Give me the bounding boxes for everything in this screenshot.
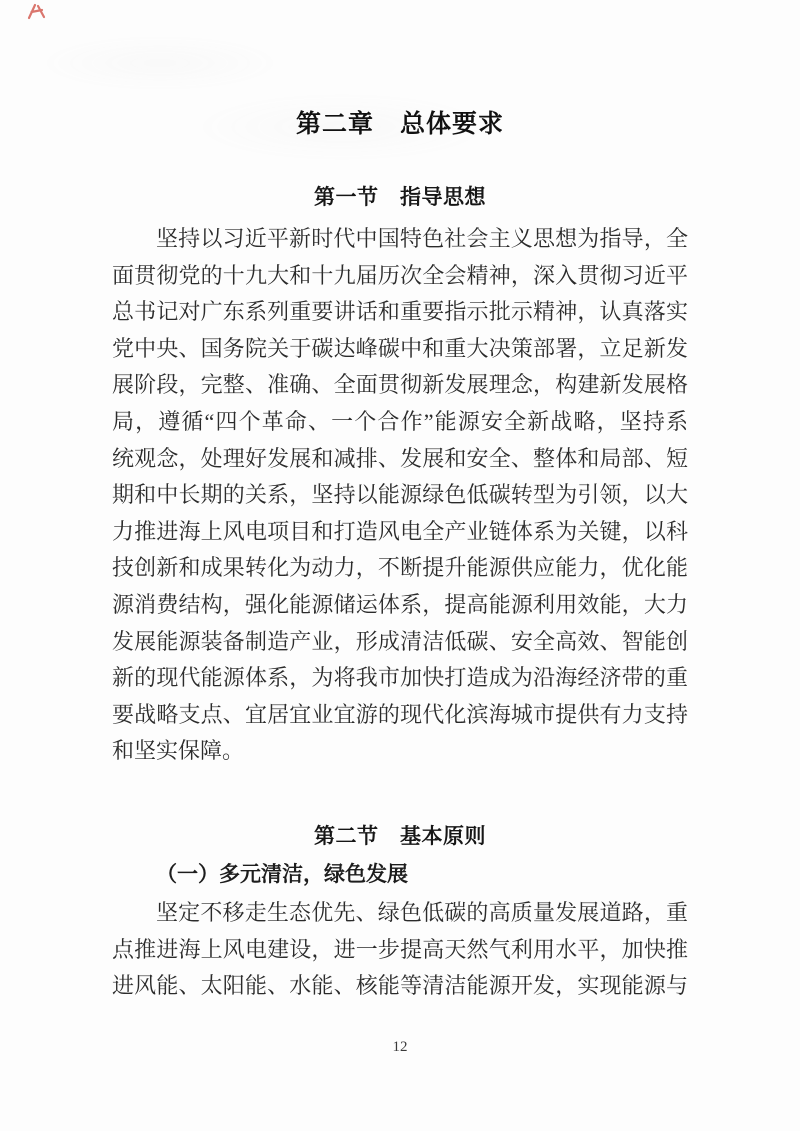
paragraph-line: 总书记对广东系列重要讲话和重要指示批示精神，认真落实 (112, 294, 688, 331)
chapter-title: 第二章 总体要求 (112, 108, 688, 140)
paragraph-line: 和坚实保障。 (112, 733, 688, 770)
paragraph-line: 发展能源装备制造产业，形成清洁低碳、安全高效、智能创 (112, 624, 688, 661)
paragraph-line: 党中央、国务院关于碳达峰碳中和重大决策部署，立足新发 (112, 331, 688, 368)
section-1-paragraph: 坚持以习近平新时代中国特色社会主义思想为指导，全 面贯彻党的十九大和十九届历次全… (112, 221, 688, 770)
paragraph-line: 力推进海上风电项目和打造风电全产业链体系为关键，以科 (112, 514, 688, 551)
paragraph-line: 展阶段，完整、准确、全面贯彻新发展理念，构建新发展格 (112, 367, 688, 404)
paragraph-line: 进风能、太阳能、水能、核能等清洁能源开发，实现能源与 (112, 968, 688, 1005)
section-2-title: 第二节 基本原则 (112, 823, 688, 851)
paragraph-line: 统观念，处理好发展和减排、发展和安全、整体和局部、短 (112, 441, 688, 478)
paragraph-line: 坚持以习近平新时代中国特色社会主义思想为指导，全 (112, 221, 688, 258)
paragraph-line: 面贯彻党的十九大和十九届历次全会精神，深入贯彻习近平 (112, 258, 688, 295)
paragraph-line: 局，遵循“四个革命、一个合作”能源安全新战略，坚持系 (112, 404, 688, 441)
document-page: 第二章 总体要求 第一节 指导思想 坚持以习近平新时代中国特色社会主义思想为指导… (0, 0, 800, 1131)
paragraph-line: 坚定不移走生态优先、绿色低碳的高质量发展道路，重 (112, 895, 688, 932)
section-1-title: 第一节 指导思想 (112, 184, 688, 212)
paragraph-line: 技创新和成果转化为动力，不断提升能源供应能力，优化能 (112, 550, 688, 587)
paragraph-line: 要战略支点、宜居宜业宜游的现代化滨海城市提供有力支持 (112, 697, 688, 734)
paragraph-line: 源消费结构，强化能源储运体系，提高能源利用效能，大力 (112, 587, 688, 624)
section-2-paragraph: 坚定不移走生态优先、绿色低碳的高质量发展道路，重 点推进海上风电建设，进一步提高… (112, 895, 688, 1005)
page-number: 12 (0, 1039, 800, 1055)
paragraph-line: 期和中长期的关系，坚持以能源绿色低碳转型为引领，以大 (112, 477, 688, 514)
red-ink-mark-icon (26, 2, 48, 22)
paragraph-line: 新的现代能源体系，为将我市加快打造成为沿海经济带的重 (112, 660, 688, 697)
subsection-1-title: （一）多元清洁，绿色发展 (112, 859, 688, 889)
text-block: 第二章 总体要求 第一节 指导思想 坚持以习近平新时代中国特色社会主义思想为指导… (112, 0, 688, 1005)
paragraph-line: 点推进海上风电建设，进一步提高天然气利用水平，加快推 (112, 932, 688, 969)
